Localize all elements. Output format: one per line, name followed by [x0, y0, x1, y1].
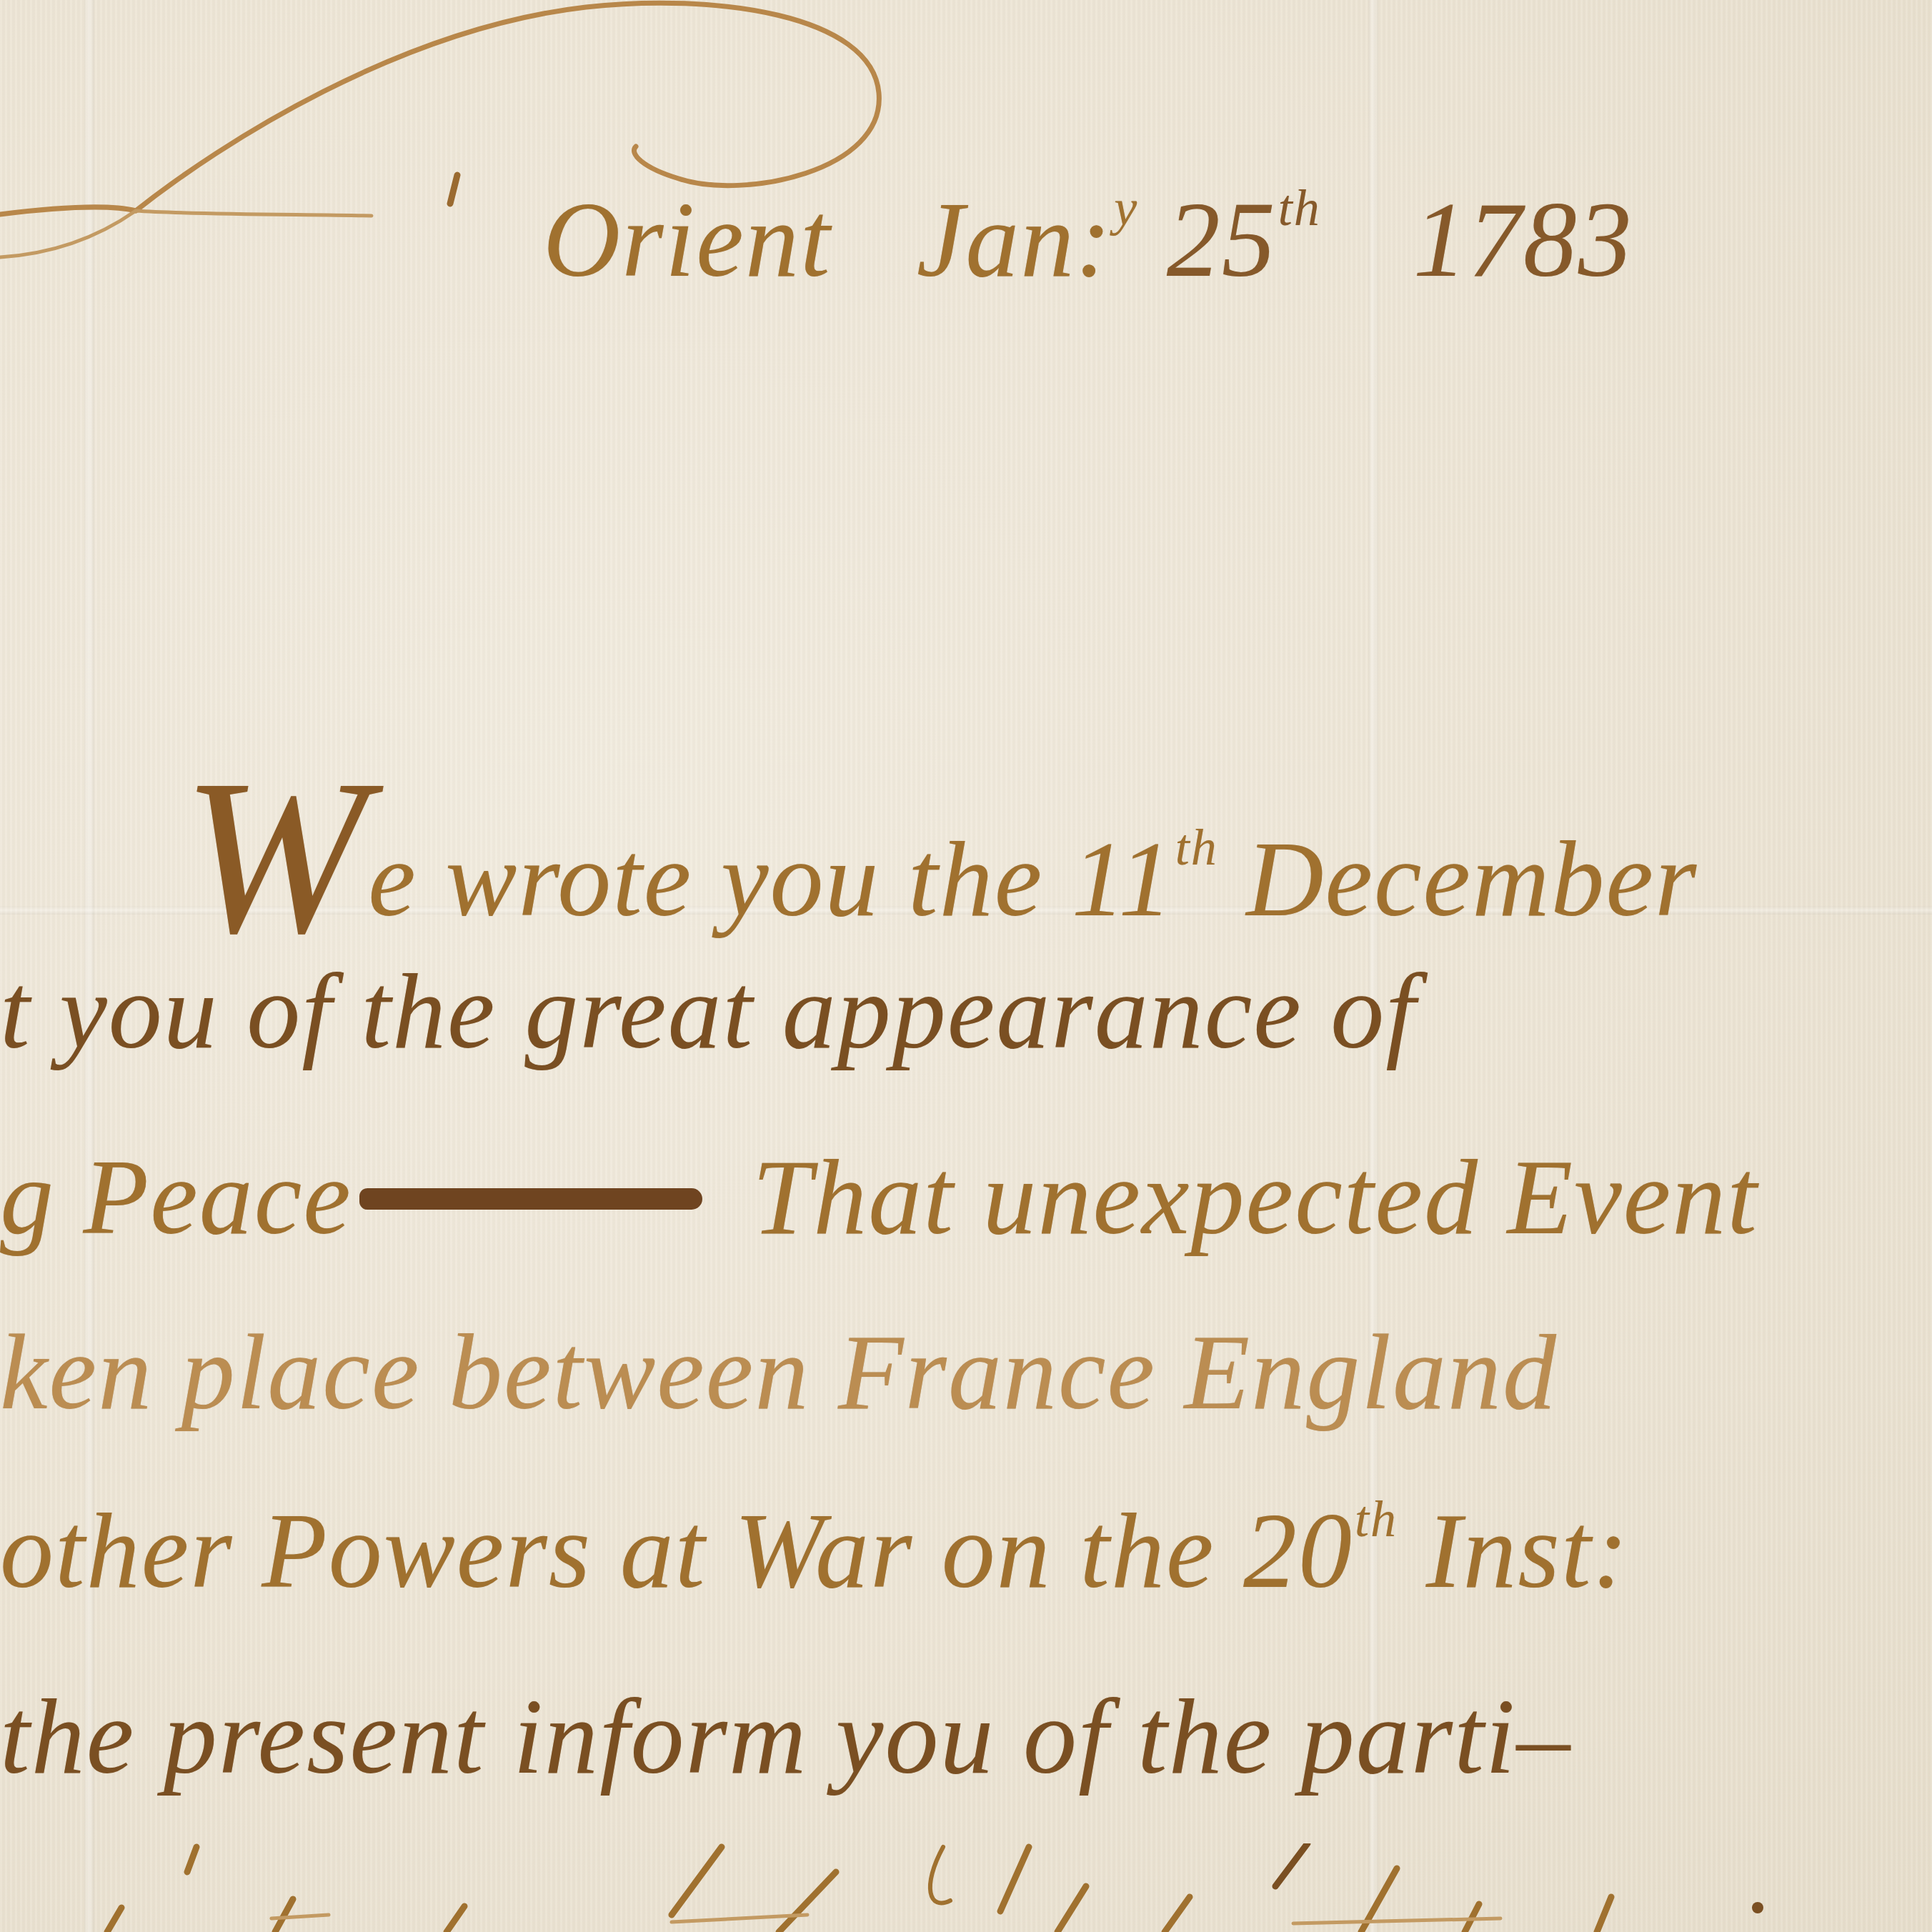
heading-year: 1783 — [1413, 181, 1633, 299]
heading-month: Jan:y — [917, 181, 1139, 299]
ordinal-superscript: th — [1355, 1490, 1398, 1548]
line-text: Inst: — [1398, 1492, 1629, 1610]
body-line-5: other Powers at War on the 20th Inst: — [0, 1490, 1630, 1613]
letter-heading-dateline: Orient Jan:y 25th 1783 — [543, 179, 1633, 302]
heading-day: 25th — [1167, 181, 1321, 299]
body-line-2: t you of the great appearance of — [0, 950, 1417, 1073]
month-text: Jan: — [917, 181, 1113, 299]
line-text: That unexpected Event — [752, 1138, 1758, 1257]
line-text: other Powers at War on the 20 — [0, 1492, 1353, 1610]
month-superscript: y — [1114, 179, 1138, 236]
ordinal-superscript: th — [1175, 819, 1218, 876]
body-line-6: the present inform you of the parti– — [0, 1675, 1572, 1798]
line-text: December — [1218, 820, 1698, 939]
line-text: g Peace — [0, 1138, 352, 1257]
initial-capital: W — [182, 735, 368, 980]
body-line-7-partial-ascenders — [0, 1843, 1932, 1932]
body-line-1: We wrote you the 11th December — [182, 714, 1698, 969]
body-line-3: g PeaceThat unexpected Event — [0, 1136, 1758, 1259]
heading-place: Orient — [543, 181, 832, 299]
body-line-4: ken place between France England — [0, 1311, 1558, 1434]
day-suffix: th — [1278, 179, 1321, 236]
ink-dash-stroke — [359, 1188, 702, 1210]
letter-page: Orient Jan:y 25th 1783 We wrote you the … — [0, 0, 1932, 1932]
line-text: e wrote you the 11 — [368, 820, 1173, 939]
day-text: 25 — [1167, 181, 1277, 299]
